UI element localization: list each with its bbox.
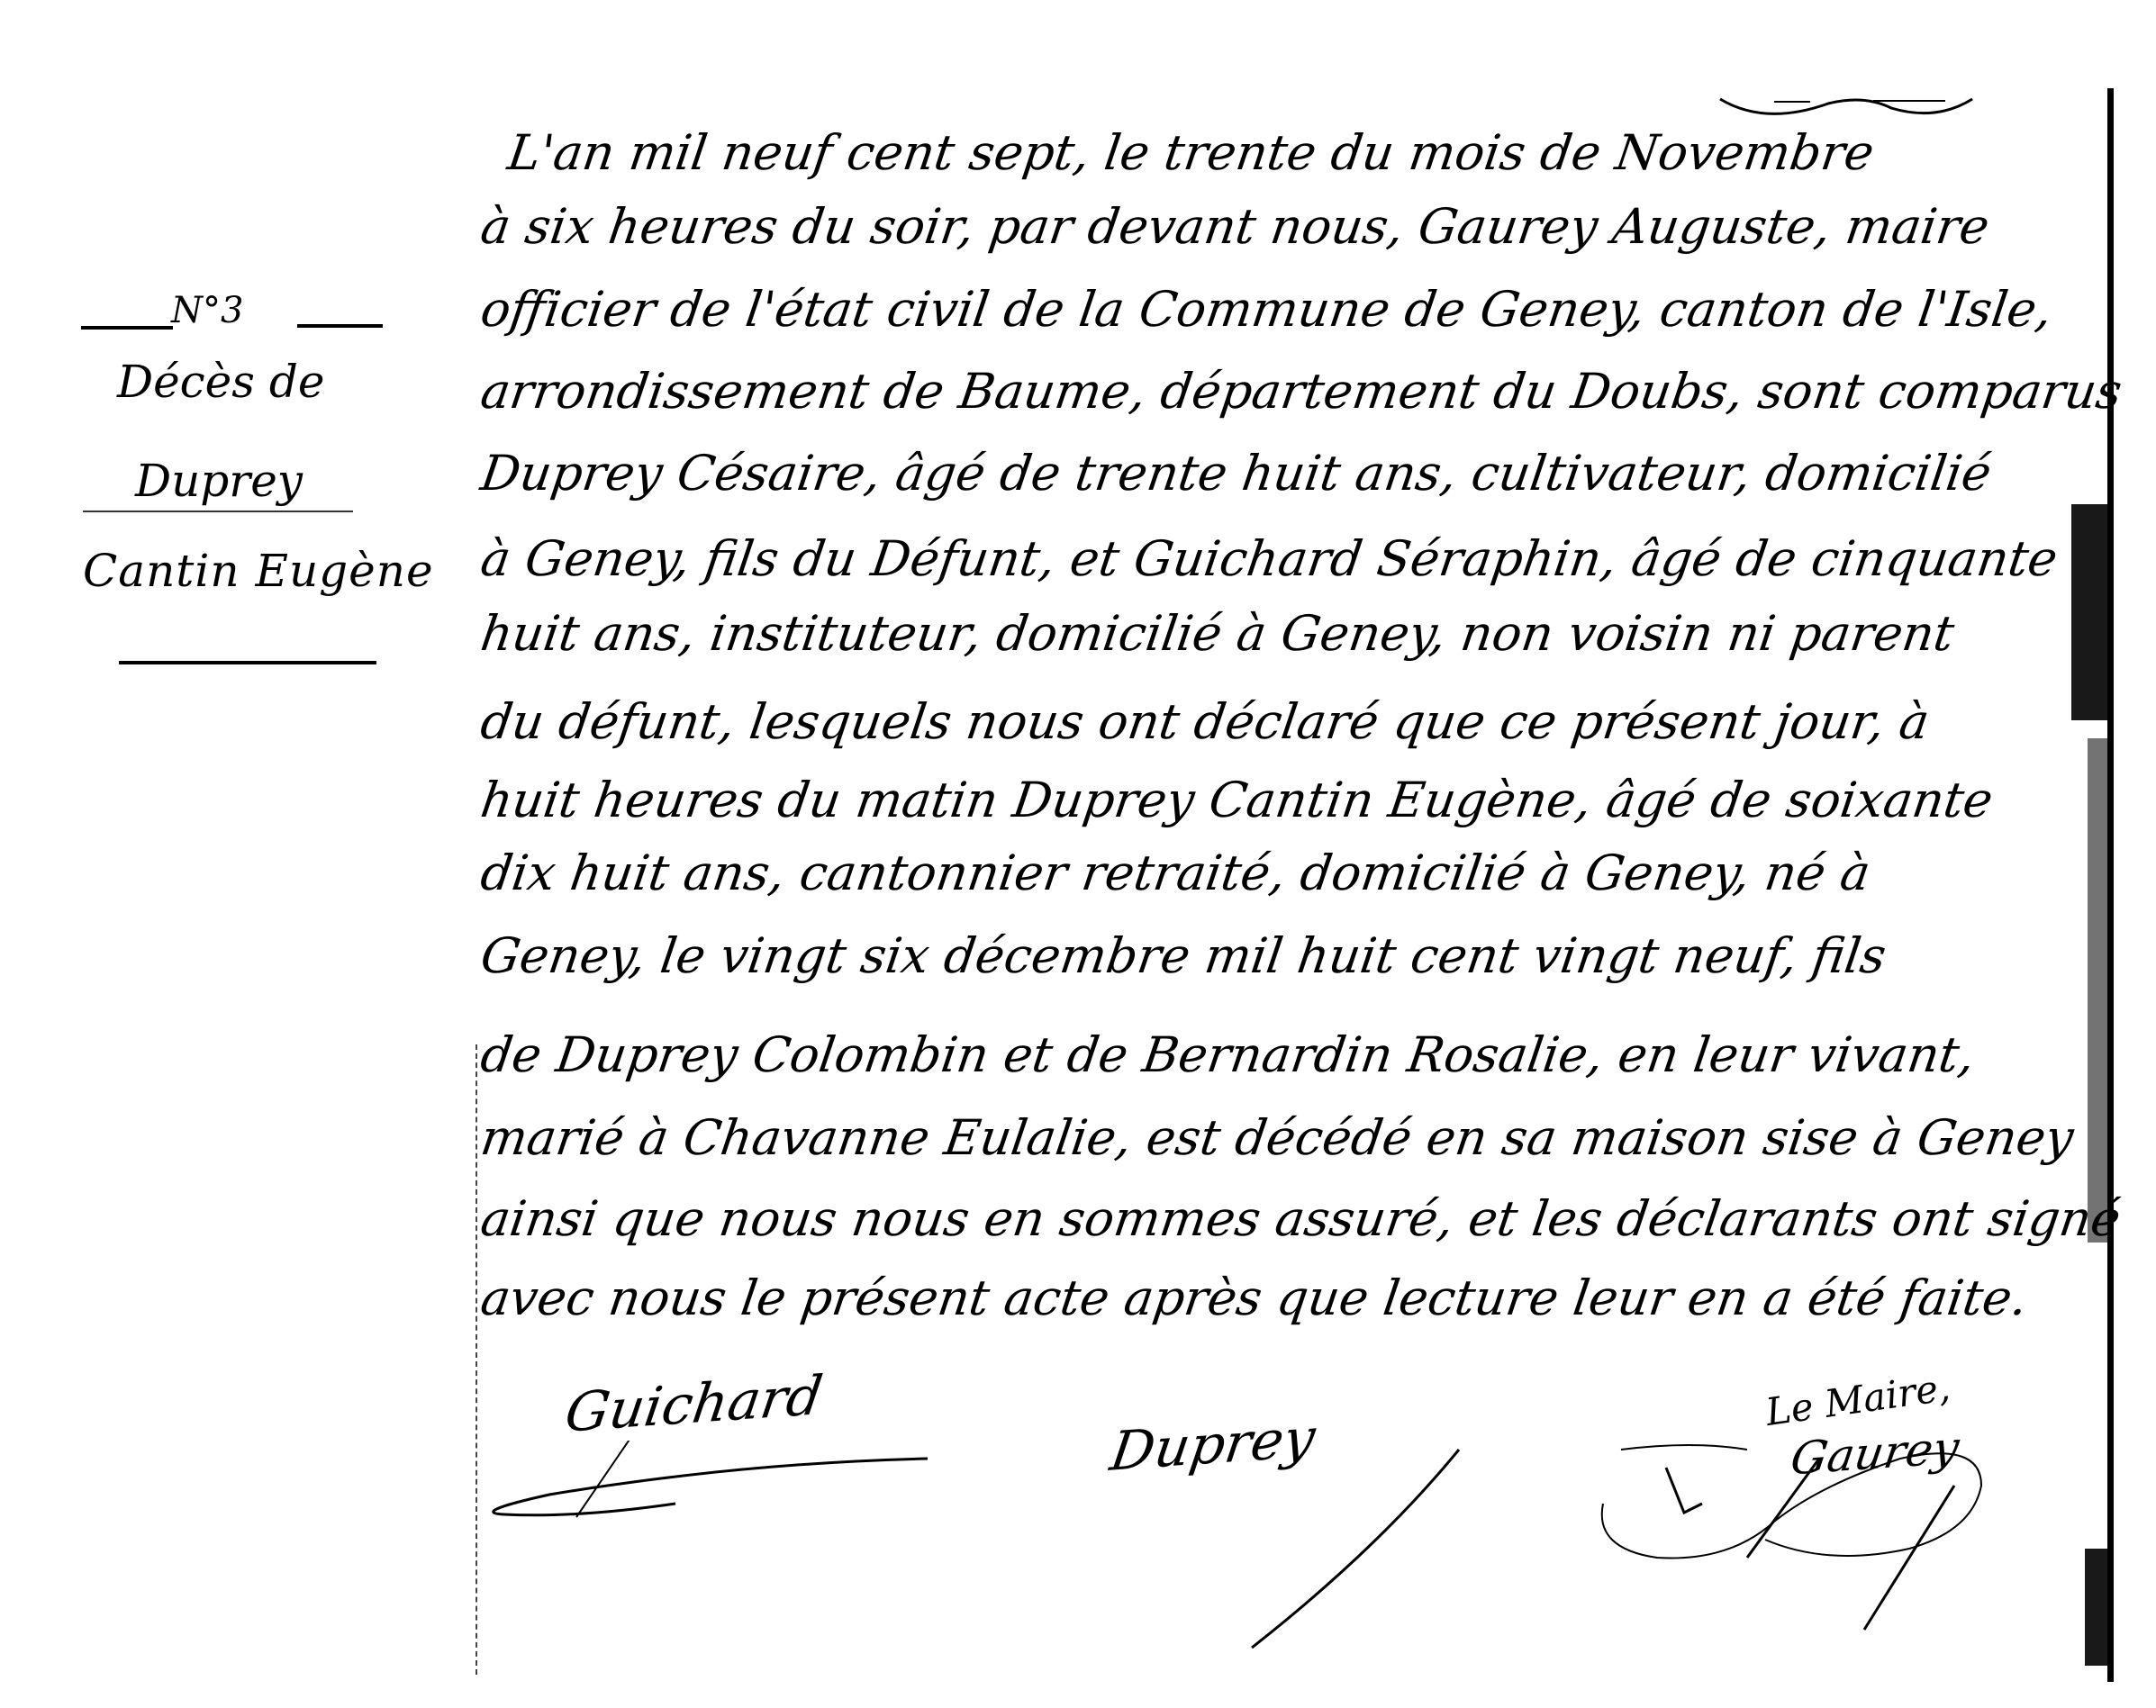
- scan-smudge-2: [2088, 738, 2110, 1243]
- margin-rule-left: [81, 326, 173, 330]
- header-flourish: [1711, 72, 1981, 126]
- margin-bottom-rule: [119, 661, 376, 664]
- text-line-9: huit heures du matin Duprey Cantin Eugèn…: [477, 772, 1997, 828]
- text-line-2: à six heures du soir, par devant nous, G…: [477, 198, 1993, 255]
- margin-name-underline: [83, 511, 353, 512]
- scan-smudge-3: [2085, 1549, 2112, 1666]
- text-line-11: Geney, le vingt six décembre mil huit ce…: [477, 927, 1889, 984]
- register-page: N°3 Décès de Duprey Cantin Eugène L'an m…: [0, 0, 2156, 1708]
- text-line-4: arrondissement de Baume, département du …: [477, 363, 2125, 420]
- text-line-8: du défunt, lesquels nous ont déclaré que…: [477, 693, 1933, 750]
- text-line-15: avec nous le présent acte après que lect…: [477, 1270, 2031, 1326]
- text-line-3: officier de l'état civil de la Commune d…: [477, 281, 2056, 338]
- text-line-7: huit ans, instituteur, domicilié à Geney…: [477, 605, 1958, 662]
- text-line-12: de Duprey Colombin et de Bernardin Rosal…: [477, 1026, 1979, 1083]
- margin-rule-right: [297, 324, 383, 328]
- margin-surname: Duprey: [135, 455, 303, 507]
- entry-number: N°3: [171, 290, 243, 331]
- text-line-10: dix huit ans, cantonnier retraité, domic…: [477, 845, 1874, 901]
- mayor-paraph: [1585, 1405, 2017, 1639]
- text-line-14: ainsi que nous nous en sommes assuré, et…: [477, 1190, 2124, 1247]
- margin-title: Décès de: [117, 356, 324, 408]
- text-line-13: marié à Chavanne Eulalie, est décédé en …: [477, 1109, 2077, 1166]
- signature-guichard: Guichard: [561, 1364, 826, 1444]
- signature-duprey-stroke: [1198, 1441, 1486, 1657]
- left-margin-guide: [476, 1044, 477, 1675]
- scan-smudge-1: [2071, 504, 2112, 720]
- text-line-6: à Geney, fils du Défunt, et Guichard Sér…: [477, 530, 2061, 587]
- margin-given-names: Cantin Eugène: [83, 545, 434, 597]
- signature-guichard-underline: [468, 1441, 946, 1522]
- text-line-5: Duprey Césaire, âgé de trente huit ans, …: [477, 445, 1995, 502]
- text-line-1: L'an mil neuf cent sept, le trente du mo…: [504, 124, 1878, 181]
